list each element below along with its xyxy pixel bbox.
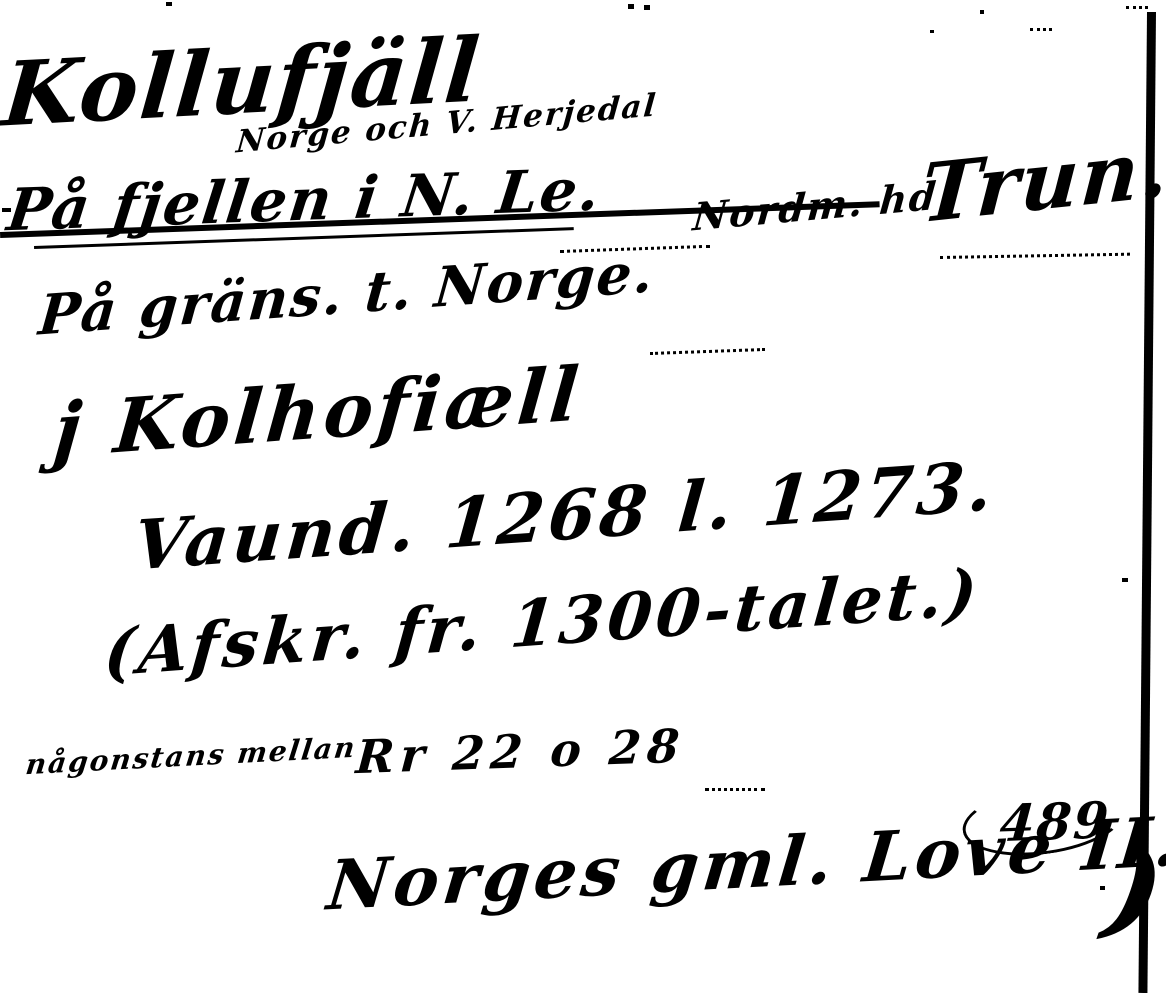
scan-speck bbox=[980, 10, 984, 14]
scan-speck-dots bbox=[1126, 6, 1148, 9]
scan-speck bbox=[1122, 578, 1128, 582]
dotted-underline bbox=[940, 253, 1130, 259]
source-title: Norges gml. Love II. bbox=[324, 801, 1166, 926]
scan-speck bbox=[628, 4, 634, 9]
manuscript-card-scan: Kollufjäll Norge och V. Herjedal På fjel… bbox=[0, 0, 1166, 993]
dotted-trailing-dashes bbox=[705, 788, 765, 791]
region-abbreviation: Trun. bbox=[918, 120, 1166, 241]
scan-speck bbox=[1100, 886, 1105, 890]
cairn-range: Rr 22 o 28 bbox=[354, 719, 687, 785]
dotted-trailing-line bbox=[650, 348, 765, 355]
border-note: På gräns. t. Norge. bbox=[36, 239, 657, 348]
scan-speck bbox=[644, 5, 650, 10]
scan-speck bbox=[166, 2, 172, 6]
old-name-form: j Kolhofiæll bbox=[50, 351, 585, 475]
scan-speck bbox=[2, 208, 11, 212]
cairn-note-small: någonstans mellan bbox=[24, 731, 359, 782]
scan-speck bbox=[930, 30, 934, 33]
scan-speck-dots bbox=[1030, 28, 1052, 31]
district-abbreviation: Nordm. hd bbox=[691, 173, 940, 240]
